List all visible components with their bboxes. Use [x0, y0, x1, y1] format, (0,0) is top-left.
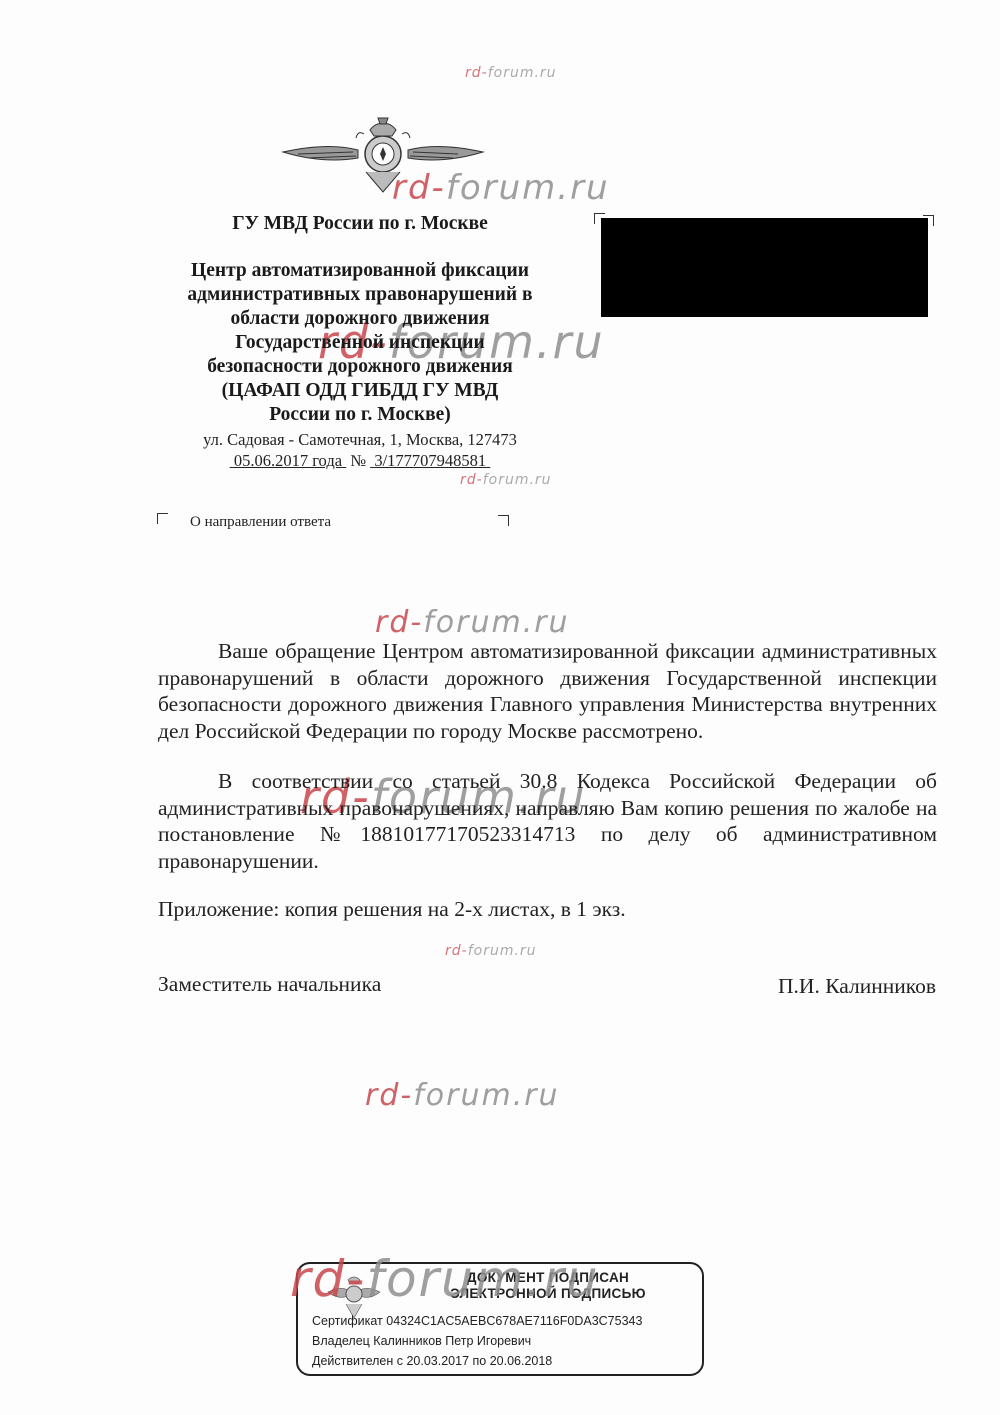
number-label: №: [350, 451, 366, 470]
attachment-note: Приложение: копия решения на 2-х листах,…: [158, 897, 626, 922]
org-line: безопасности дорожного движения: [160, 355, 560, 379]
registration-line: 05.06.2017 года № 3/177707948581: [160, 451, 560, 471]
signer-title: Заместитель начальника: [158, 972, 381, 997]
watermark-small: rd-forum.ru: [445, 943, 537, 959]
body-paragraph-2: В соответствии со статьей 30.8 Кодекса Р…: [158, 768, 937, 874]
org-line: Центр автоматизированной фиксации: [160, 259, 560, 283]
org-line: (ЦАФАП ОДД ГИБДД ГУ МВД: [160, 379, 560, 403]
org-name-top: ГУ МВД России по г. Москве: [160, 212, 560, 236]
watermark-large: rd-forum.ru: [375, 605, 570, 640]
stamp-validity: Действителен с 20.03.2017 по 20.06.2018: [312, 1354, 552, 1368]
watermark-large: rd-forum.ru: [290, 1250, 600, 1308]
subject-corner-left: [157, 513, 168, 524]
watermark-large: rd-forum.ru: [365, 1078, 560, 1113]
org-line: административных правонарушений в: [160, 283, 560, 307]
signer-name: П.И. Калинников: [778, 974, 936, 999]
document-date: 05.06.2017 года: [234, 451, 342, 470]
stamp-certificate: Сертификат 04324C1AC5AEBC678AE7116F0DA3C…: [312, 1314, 642, 1328]
org-line: России по г. Москве): [160, 403, 560, 427]
mvd-emblem-icon: [278, 112, 488, 194]
subject-line: О направлении ответа: [190, 514, 331, 531]
watermark-small: rd-forum.ru: [465, 65, 557, 81]
recipient-redacted-block: [601, 218, 928, 317]
stamp-owner: Владелец Калинников Петр Игоревич: [312, 1334, 531, 1348]
org-address: ул. Садовая - Самотечная, 1, Москва, 127…: [160, 430, 560, 450]
org-line: области дорожного движения: [160, 307, 560, 331]
subject-corner-right: [498, 515, 509, 526]
document-number: 3/177707948581: [374, 451, 486, 470]
org-name-block: Центр автоматизированной фиксации админи…: [160, 259, 560, 427]
org-line: Государственной инспекции: [160, 331, 560, 355]
body-paragraph-1: Ваше обращение Центром автоматизированно…: [158, 638, 937, 744]
watermark-small: rd-forum.ru: [460, 472, 552, 488]
